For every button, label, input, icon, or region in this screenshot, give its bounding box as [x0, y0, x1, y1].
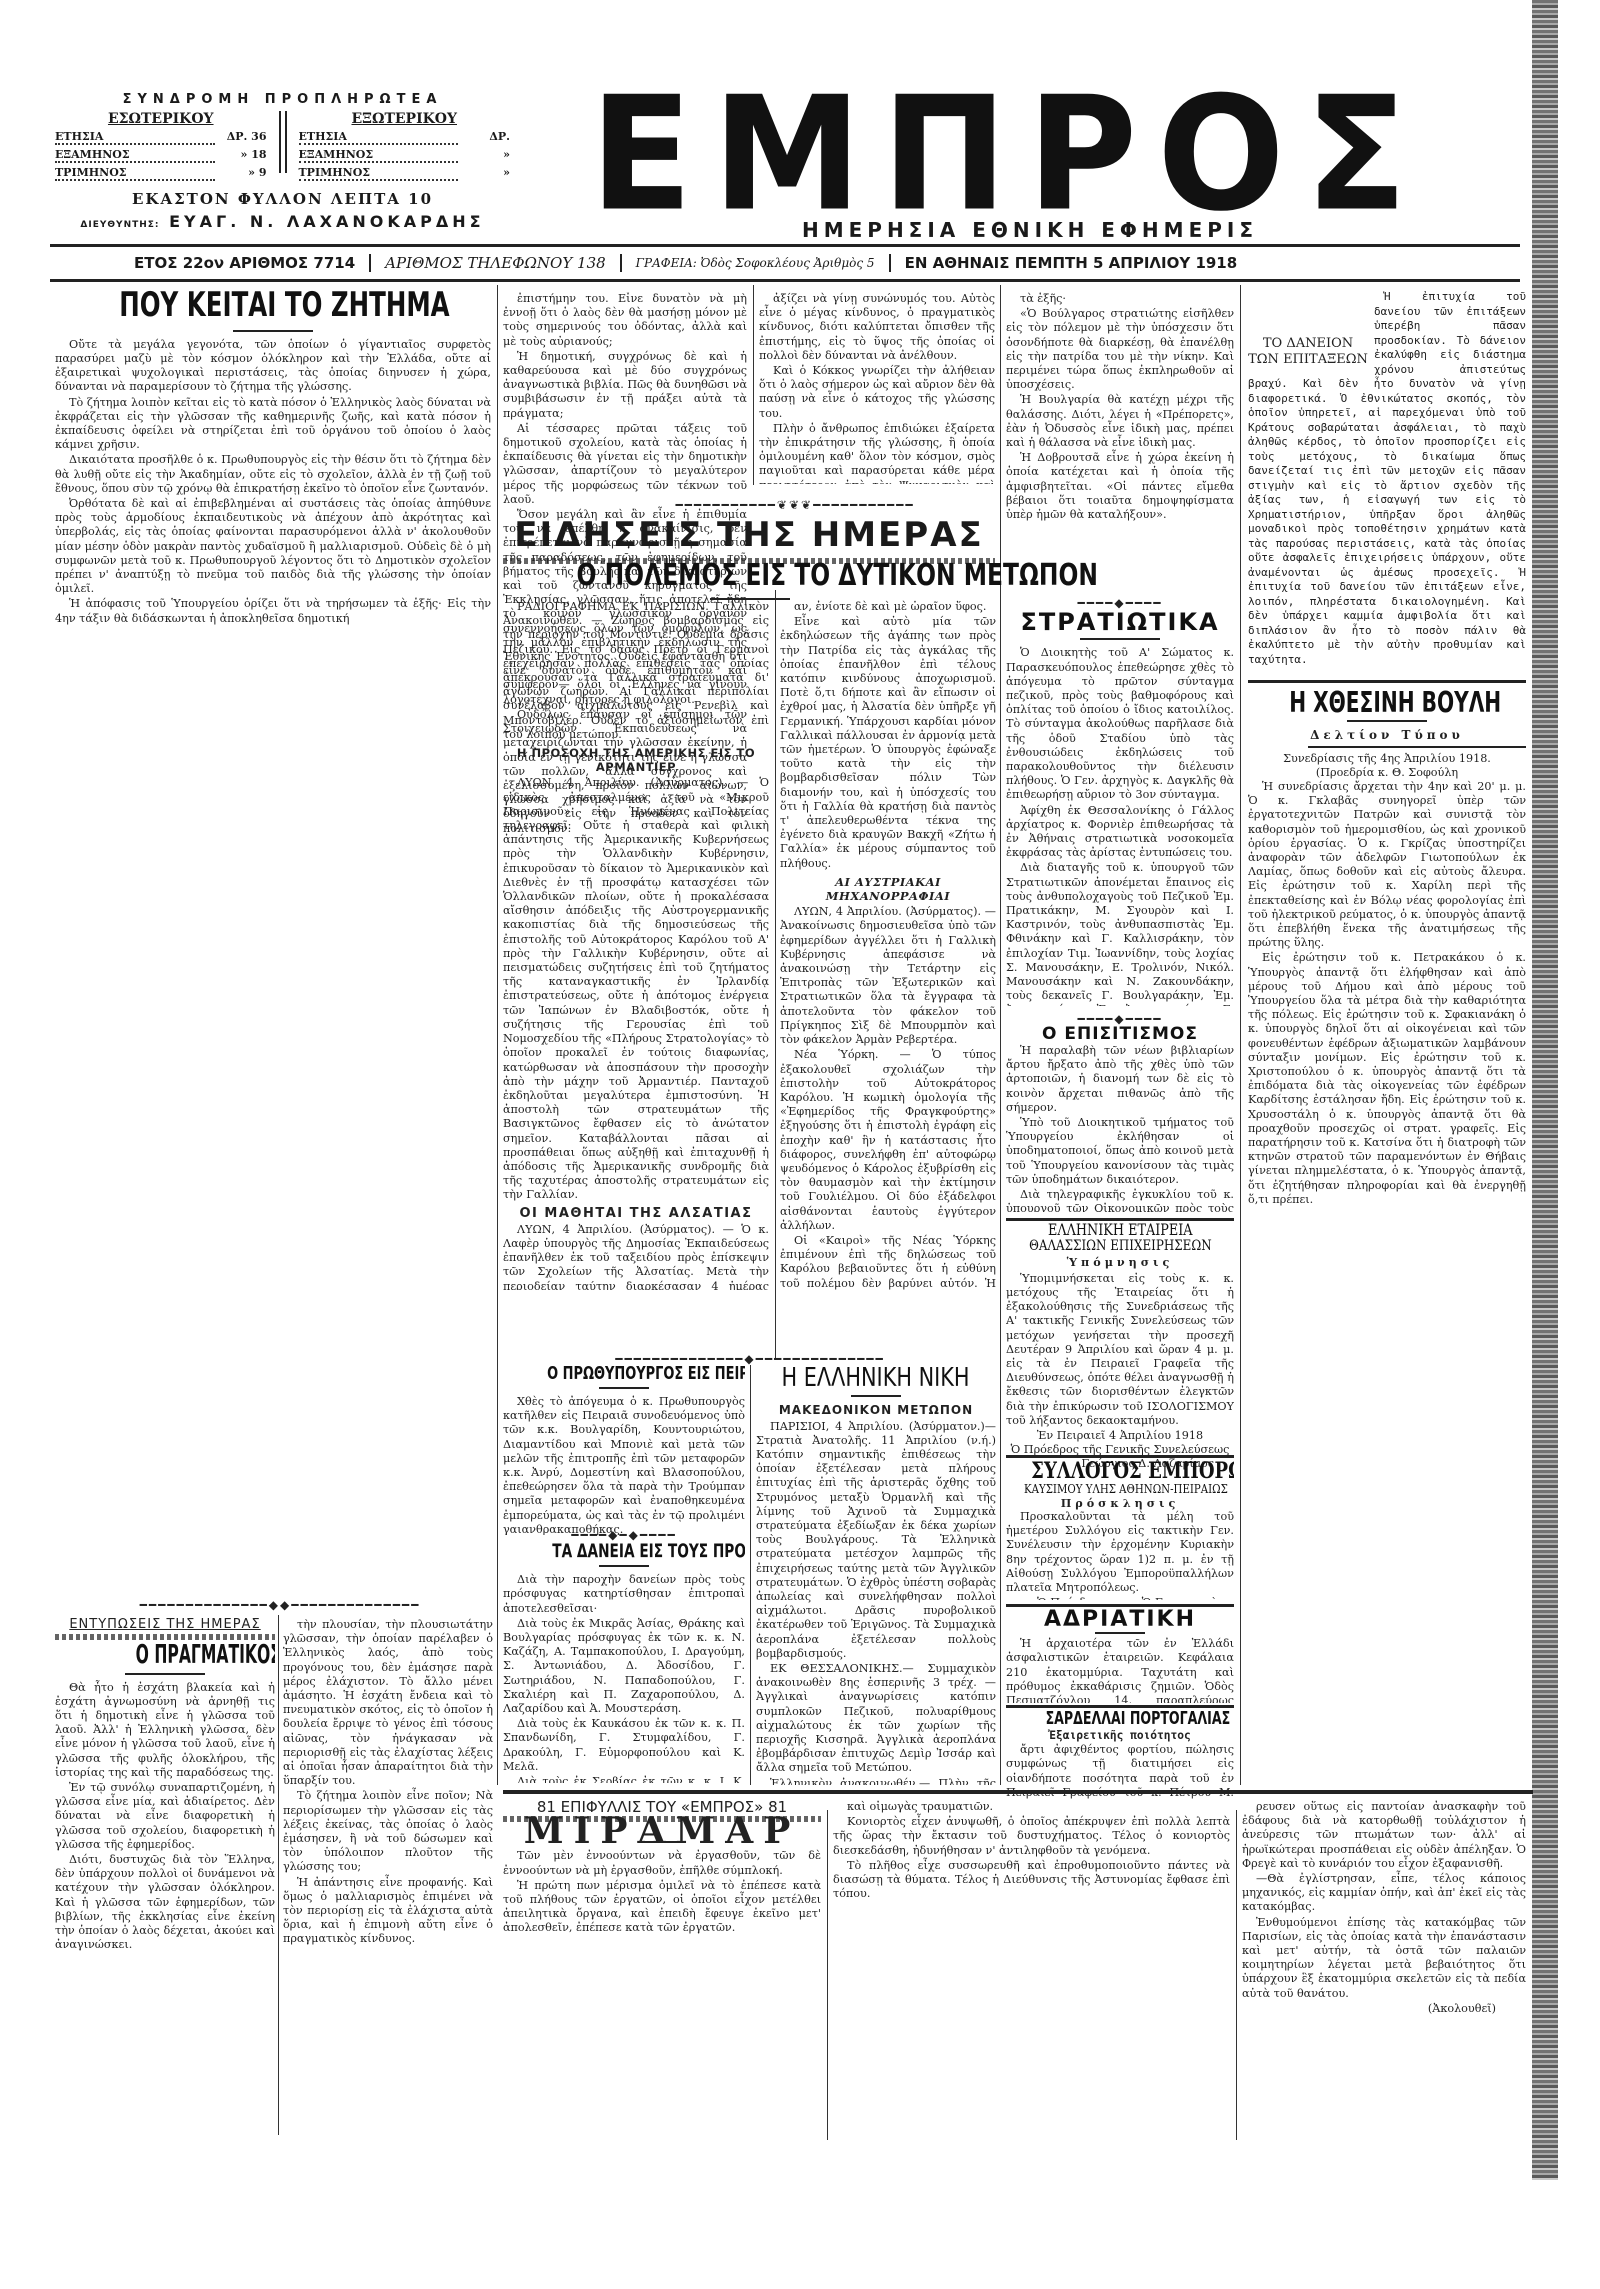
parliament-subtitle: Δελτίον Τύπου	[1248, 728, 1526, 742]
section-rule	[1006, 1455, 1234, 1458]
column-rule	[1236, 1810, 1237, 2140]
paragraph: Διὰ τηλεγραφικῆς ἐγκυκλίου τοῦ κ. ὑπουργ…	[1006, 1188, 1234, 1212]
subhead-america: Η ΠΡΟΣΟΧΗ ΤΗΣ ΑΜΕΡΙΚΗΣ ΕΙΣ ΤΟ ΑΡΜΑΝΤΙΕΡ	[503, 746, 769, 774]
western-front-headline-wrap: Ο ΠΟΛΕΜΟΣ ΕΙΣ ΤΟ ΔΥΤΙΚΟΝ ΜΕΤΩΠΟΝ	[503, 560, 995, 592]
column-rule	[827, 1810, 828, 2140]
rate-label: ΕΞΑΜΗΝΟΣ	[299, 148, 376, 161]
price-per-issue: ΕΚΑΣΤΟΝ ΦΥΛΛΟΝ ΛΕΠΤΑ 10	[55, 190, 510, 208]
greek-victory-article: Η ΕΛΛΗΝΙΚΗ ΝΙΚΗ ΜΑΚΕΔΟΝΙΚΟΝ ΜΕΤΩΠΟΝ ΠΑΡΙ…	[756, 1365, 996, 1785]
column-rule	[753, 285, 754, 485]
loan-editorial: ΤΟ ΔΑΝΕΙΟΝ ΤΩΝ ΕΠΙΤΑΞΕΩΝ Ἡ ἐπιτυχία τοῦ …	[1248, 290, 1526, 678]
paragraph: Διὰ διαταγῆς τοῦ κ. ὑπουργοῦ τῶν Στρατιω…	[1006, 861, 1234, 1006]
masthead-rule-top	[50, 244, 1520, 247]
section-rule	[1006, 1604, 1234, 1607]
bulgarian-soldier-article: τὰ ἑξῆς· «Ὁ Βούλγαρος στρατιώτης εἰσῆλθε…	[1006, 292, 1234, 592]
rate-label: ΕΤΗΣΙΑ	[299, 130, 349, 143]
paragraph: αν, ἐνίοτε δὲ καὶ μὲ ὡραῖον ὕφος.	[780, 600, 996, 614]
paragraph: Τὸ ζήτημα λοιπὸν εἶνε ποῖον; Νὰ περιορίσ…	[283, 1789, 493, 1874]
section-rule	[1006, 1218, 1234, 1221]
maritime-notice: ΕΛΛΗΝΙΚΗ ΕΤΑΙΡΕΙΑ ΘΑΛΑΣΣΙΩΝ ΕΠΙΧΕΙΡΗΣΕΩΝ…	[1006, 1222, 1234, 1492]
military-headline: ΣΤΡΑΤΙΩΤΙΚΑ	[1006, 610, 1234, 635]
offices-address: ΓΡΑΦΕΙΑ: Ὀδὸς Σοφοκλέους Ἀριθμὸς 5	[622, 256, 889, 270]
paragraph: Τὸ ζήτημα λοιπὸν κεῖται εἰς τὸ κατὰ πόσο…	[55, 396, 491, 453]
merchants-headline-2: ΚΑΥΣΙΜΟΥ ΥΛΗΣ ΑΘΗΝΩΝ-ΠΕΙΡΑΙΩΣ	[1024, 1483, 1228, 1496]
maritime-headline-2: ΘΑΛΑΣΣΙΩΝ ΕΠΙΧΕΙΡΗΣΕΩΝ	[1029, 1239, 1212, 1254]
subscription-block: ΣΥΝΔΡΟΜΗ ΠΡΟΠΛΗΡΩΤΕΑ ΕΣΩΤΕΡΙΚΟΥ ΕΤΗΣΙΑΔΡ…	[55, 92, 510, 231]
column-rule	[750, 1365, 751, 1785]
column-rule	[497, 285, 498, 1785]
merchants-headline-1: ΣΥΛΛΟΓΟΣ ΕΜΠΟΡΩΝ	[1031, 1460, 1234, 1483]
western-front-headline: Ο ΠΟΛΕΜΟΣ ΕΙΣ ΤΟ ΔΥΤΙΚΟΝ ΜΕΤΩΠΟΝ	[577, 560, 1098, 592]
newspaper-page: ΣΥΝΔΡΟΜΗ ΠΡΟΠΛΗΡΩΤΕΑ ΕΣΩΤΕΡΙΚΟΥ ΕΤΗΣΙΑΔΡ…	[0, 0, 1600, 2289]
column-rule	[1000, 285, 1001, 1785]
pm-piraeus-headline: Ο ΠΡΩΘΥΠΟΥΡΓΟΣ ΕΙΣ ΠΕΙΡΑΙΑ	[547, 1365, 745, 1384]
miramar-col1: 81 ΕΠΙΦΥΛΛΙΣ ΤΟΥ «ΕΜΠΡΟΣ» 81 ΜΙΡΑΜΑΡ Τῶν…	[503, 1800, 821, 2140]
ornament-divider: ━━━━━━━━━━━❦❦❦━━━━━━━━━━━	[600, 498, 990, 512]
paragraph: Νέα Ὑόρκη. — Ὁ τύπος ἐξακολουθεῖ σχολιάζ…	[780, 1048, 996, 1233]
paragraph: Προσκαλοῦνται τὰ μέλη τοῦ ἡμετέρου Συλλό…	[1006, 1510, 1234, 1595]
lead-article-col1: ΠΟΥ ΚΕΙΤΑΙ ΤΟ ΖΗΤΗΜΑ Οὔτε τὰ μεγάλα γεγο…	[55, 288, 491, 1588]
paragraph: Ἡ ἀπάντησις εἶνε προφανής. Καὶ ὅμως ὁ μα…	[283, 1876, 493, 1947]
maritime-headline-1: ΕΛΛΗΝΙΚΗ ΕΤΑΙΡΕΙΑ	[1048, 1222, 1192, 1239]
session-chair: (Προεδρία κ. Θ. Σοφούλη	[1248, 766, 1526, 780]
refugee-loans-headline: ΤΑ ΔΑΝΕΙΑ ΕΙΣ ΤΟΥΣ ΠΡΟΣΦΥΓΑΣ	[552, 1542, 745, 1562]
paragraph: Διότι, δυστυχῶς διὰ τὸν Ἕλληνα, δὲν ὑπάρ…	[55, 1853, 275, 1952]
impressions-col2: τὴν πλουσίαν, τὴν πλουσιωτάτην γλῶσσαν, …	[283, 1618, 493, 2138]
section-rule	[1006, 1705, 1234, 1708]
paragraph: Ἡ συνεδρίασις ἄρχεται τὴν 4ην καὶ 20' μ.…	[1248, 780, 1526, 950]
paragraph: ΛΥΩΝ, 4 Ἀπριλίου. (Ἀσύρματος). — Ὁ κ. Λα…	[503, 1223, 769, 1290]
merchants-signatures: Ὁ ΠρόεδροςΘεόδωρος Ζάκατας Ὁ ΓραμματεὺςΓ…	[1006, 1596, 1234, 1600]
paragraph: ΕΚ ΘΕΣΣΑΛΟΝΙΚΗΣ.— Συμμαχικὸν ἀνακοινωθὲν…	[756, 1662, 996, 1776]
issue-date: ΕΝ ΑΘΗΝΑΙΣ ΠΕΜΠΤΗ 5 ΑΠΡΙΛΙΟΥ 1918	[891, 254, 1252, 272]
paragraph: Αἱ τέσσαρες πρῶται τάξεις τοῦ δημοτικοῦ …	[503, 422, 747, 507]
paragraph: Διὰ τοὺς ἐκ Καυκάσου ἐκ τῶν κ. κ. Π. Σπα…	[503, 1717, 745, 1774]
subscription-foreign-title: ΕΞΩΤΕΡΙΚΟΥ	[299, 111, 511, 127]
paragraph: ΠΑΡΙΣΙΟΙ, 4 Ἀπριλίου. (Ἀσύρματον.)— Στρα…	[756, 1420, 996, 1661]
paragraph: Ἑλληνικὸν ἀνακοινωθέν.— Πλὴν τῆς συνήθου…	[756, 1777, 996, 1785]
sardines-headline: ΣΑΡΔΕΛΛΑΙ ΠΟΡΤΟΓΑΛΙΑΣ	[1046, 1710, 1231, 1729]
rate-value: ΔΡ. 36	[215, 130, 267, 148]
paragraph: Ἀφίχθη ἐκ Θεσσαλονίκης ὁ Γάλλος ἀρχίατρο…	[1006, 804, 1234, 861]
phone-number: ΑΡΙΘΜΟΣ ΤΗΛΕΦΩΝΟΥ 138	[371, 254, 620, 272]
paragraph: Οἱ «Καιροὶ» τῆς Νέας Ὑόρκης ἐπιμένουν ἐπ…	[780, 1234, 996, 1290]
subscription-foreign: ΕΞΩΤΕΡΙΚΟΥ ΕΤΗΣΙΑΔΡ. ΕΞΑΜΗΝΟΣ» ΤΡΙΜΗΝΟΣ»	[299, 111, 511, 184]
rate-value: ΔΡ.	[458, 130, 510, 148]
scanned-page-edge	[1532, 0, 1558, 2180]
year-issue: ΕΤΟΣ 22ον ΑΡΙΘΜΟΣ 7714	[120, 254, 369, 272]
paragraph: Ἡ παραλαβὴ τῶν νέων βιβλιαρίων ἄρτου ἤρξ…	[1006, 1044, 1234, 1115]
refugee-loans-article: ━━━━◆━◆━━━━ ΤΑ ΔΑΝΕΙΑ ΕΙΣ ΤΟΥΣ ΠΡΟΣΦΥΓΑΣ…	[503, 1528, 745, 1783]
paragraph: Διὰ τὴν παροχὴν δανείων πρὸς τοὺς πρόσφυ…	[503, 1573, 745, 1616]
lead-headline: ΠΟΥ ΚΕΙΤΑΙ ΤΟ ΖΗΤΗΜΑ	[119, 288, 449, 324]
paragraph: «Ὁ Βούλγαρος στρατιώτης εἰσῆλθεν εἰς τὸν…	[1006, 307, 1234, 392]
headline-underline	[233, 330, 313, 332]
pm-piraeus-article: Ο ΠΡΩΘΥΠΟΥΡΓΟΣ ΕΙΣ ΠΕΙΡΑΙΑ Χθὲς τὸ ἀπόγε…	[503, 1365, 745, 1535]
subscription-divider	[279, 111, 287, 173]
headline-underline	[851, 1395, 901, 1397]
adriatiki-advert: ΑΔΡΙΑΤΙΚΗ Ἡ ἀρχαιοτέρα τῶν ἐν Ἑλλάδι ἀσφ…	[1006, 1608, 1234, 1703]
wavy-rule	[503, 1816, 821, 1822]
director-name: ΕΥΑΓ. Ν. ΛΑΧΑΝΟΚΑΡΔΗΣ	[169, 212, 484, 231]
column-rule	[1240, 285, 1241, 1785]
subhead-austrian: ΑΙ ΑΥΣΤΡΙΑΚΑΙ ΜΗΧΑΝΟΡΡΑΦΙΑΙ	[780, 875, 996, 903]
rate-value: »	[458, 166, 510, 184]
paragraph: ἐπιστήμην του. Εἶνε δυνατὸν νὰ μὴ ἐννοῇ …	[503, 292, 747, 349]
newspaper-logo: ΕΜΠΡΟΣ	[590, 87, 1420, 224]
president-title: Ὁ Πρόεδρος	[1016, 1596, 1127, 1600]
sardines-subtitle: Ἐξαιρετικῆς ποιότητος	[1006, 1729, 1234, 1743]
headline-underline	[1095, 1632, 1145, 1634]
miramar-col2: καὶ οἰμωγὰς τραυματιῶν. Κονιορτὸς εἶχεν …	[833, 1800, 1230, 2140]
paragraph: Εἶνε καὶ αὐτὸ μία τῶν ἐκδηλώσεων τῆς ἀγά…	[780, 615, 996, 871]
loan-side-head: ΤΟ ΔΑΝΕΙΟΝ ΤΩΝ ΕΠΙΤΑΞΕΩΝ	[1248, 336, 1368, 368]
column-rule	[278, 1615, 279, 2135]
subhead-alsace: ΟΙ ΜΑΘΗΤΑΙ ΤΗΣ ΑΛΣΑΤΙΑΣ	[503, 1207, 769, 1221]
paragraph: Ἡ Δοβρουτσᾶ εἶνε ἡ χώρα ἐκείνη ἡ ὁποία κ…	[1006, 451, 1234, 522]
provisioning-headline: Ο ΕΠΙΣΙΤΙΣΜΟΣ	[1006, 1026, 1234, 1044]
impressions-kicker: ΕΝΤΥΠΩΣΕΙΣ ΤΗΣ ΗΜΕΡΑΣ	[55, 1618, 275, 1632]
parliament-headline: Η ΧΘΕΣΙΝΗ ΒΟΥΛΗ	[1289, 688, 1501, 717]
subscription-domestic: ΕΣΩΤΕΡΙΚΟΥ ΕΤΗΣΙΑΔΡ. 36 ΕΞΑΜΗΝΟΣ» 18 ΤΡΙ…	[55, 111, 267, 184]
paragraph: Ὑπομιμνήσκεται εἰς τοὺς κ. κ. μετόχους τ…	[1006, 1272, 1234, 1428]
miramar-col3: ρευσεν οὕτως εἰς παντοίαν ἀνασκαφὴν τοῦ …	[1242, 1800, 1526, 2170]
rate-label: ΤΡΙΜΗΝΟΣ	[299, 166, 373, 179]
section-rule	[1248, 680, 1526, 683]
merchants-notice: ΣΥΛΛΟΓΟΣ ΕΜΠΟΡΩΝ ΚΑΥΣΙΜΟΥ ΥΛΗΣ ΑΘΗΝΩΝ-ΠΕ…	[1006, 1460, 1234, 1600]
ornament-divider: ━━━━━━━━━━━━━━◆◆━━━━━━━━━━━━━━	[100, 1598, 460, 1612]
paragraph: Κονιορτὸς εἶχεν ἀνυψωθῆ, ὁ ὁποῖος ἀπέκρυ…	[833, 1815, 1230, 1858]
provisioning-article: ━━━━◆━━━━ Ο ΕΠΙΣΙΤΙΣΜΟΣ Ἡ παραλαβὴ τῶν ν…	[1006, 1012, 1234, 1212]
rate-value: » 9	[215, 166, 267, 184]
paragraph: ἀξίζει νὰ γίνῃ συνώνυμός του. Αὐτὸς εἶνε…	[759, 292, 995, 363]
subscription-title: ΣΥΝΔΡΟΜΗ ΠΡΟΠΛΗΡΩΤΕΑ	[55, 92, 510, 107]
paragraph: Χθὲς τὸ ἀπόγευμα ὁ κ. Πρωθυπουργὸς κατῆλ…	[503, 1395, 745, 1535]
paragraph: Καὶ ὁ Κόκκος γνωρίζει τὴν ἀλήθειαν ὅτι ὁ…	[759, 364, 995, 421]
secretary-title: Ὁ Γραμματεὺς	[1142, 1596, 1224, 1600]
ornament-divider: ━━━━━━━━━━━━━━◆━━━━━━━━━━━━━━	[560, 1352, 940, 1366]
paragraph: Θὰ ἦτο ἡ ἐσχάτη βλακεία καὶ ἡ ἐσχάτη ἀγν…	[55, 1681, 275, 1780]
headline-underline	[599, 1565, 649, 1567]
feuilleton-rule	[503, 1790, 1533, 1794]
maritime-notice-title: Ὑπόμνησις	[1006, 1255, 1234, 1269]
paragraph: Ἡ πρώτη πων μέρισμα ὁμιλεῖ νὰ τὸ ἐπέπεσε…	[503, 1879, 821, 1936]
paragraph: Ἡ ἀρχαιοτέρα τῶν ἐν Ἑλλάδι ἀσφαλιστικῶν …	[1006, 1637, 1234, 1703]
headline-underline	[125, 1673, 205, 1675]
paragraph: Ἡ δημοτική, συγχρόνως δὲ καὶ ἡ καθαρεύου…	[503, 350, 747, 421]
maritime-place-date: Ἐν Πειραιεῖ 4 Ἀπριλίου 1918	[1006, 1429, 1234, 1443]
merchants-notice-title: Πρόσκλησις	[1006, 1496, 1234, 1510]
paragraph: ΛΥΩΝ, 4 Ἀπριλίου. (Ἀσύρματος). — Ἀνακοίν…	[780, 905, 996, 1047]
paragraph: Ὀρθότατα δὲ καὶ αἱ ἐπιβεβλημέναι αἱ συστ…	[55, 497, 491, 596]
rate-value: »	[458, 148, 510, 166]
paragraph: Διὰ τοὺς ἐκ Σερβίας ἐκ τῶν κ. κ. Ι. Κ. Γ…	[503, 1775, 745, 1783]
paragraph: Ἐνθυμούμενοι ἐπίσης τὰς κατακόμβας τῶν Π…	[1242, 1916, 1526, 2001]
paragraph: Δικαιότατα προσῆλθε ὁ κ. Πρωθυπουργὸς εἰ…	[55, 453, 491, 496]
news-of-the-day-banner: ΕΙΔΗΣΕΙΣ ΤΗΣ ΗΜΕΡΑΣ	[503, 515, 995, 555]
lead-article-col3: ἀξίζει νὰ γίνῃ συνώνυμός του. Αὐτὸς εἶνε…	[759, 292, 995, 484]
paragraph: Ὑπὸ τοῦ Διοικητικοῦ τμήματος τοῦ Ὑπουργε…	[1006, 1116, 1234, 1187]
paragraph: τὰ ἑξῆς·	[1006, 292, 1234, 306]
rate-label: ΕΤΗΣΙΑ	[55, 130, 105, 143]
military-article: ━━━━◆━━━━ ΣΤΡΑΤΙΩΤΙΚΑ Ὁ Διοικητὴς τοῦ Α'…	[1006, 596, 1234, 1006]
paragraph: Τὸ πλῆθος εἶχε συσσωρευθῆ καὶ ἐπροθυμοπο…	[833, 1859, 1230, 1902]
paragraph: καὶ οἰμωγὰς τραυματιῶν.	[833, 1800, 1230, 1814]
miramar-title: ΜΙΡΑΜΑΡ	[503, 1824, 821, 1838]
headline-underline	[1080, 638, 1160, 640]
paragraph: ΡΑΔΙΟΓΡΑΦΗΜΑ ΕΚ ΠΑΡΙΣΙΩΝ. Γαλλικὸν Ἀνακο…	[503, 600, 769, 742]
paragraph: ΛΥΩΝ, 4 Ἀπριλίου. (Ἀσύρματος). — Ὁ εἰδικ…	[503, 776, 769, 1202]
subtitle-rule	[1308, 746, 1526, 748]
western-front-col2: αν, ἐνίοτε δὲ καὶ μὲ ὡραῖον ὕφος. Εἶνε κ…	[780, 600, 996, 1290]
continues-note: (Ἀκολουθεῖ)	[1242, 2002, 1526, 2016]
paragraph: Ἡ ἀπόφασις τοῦ Ὑπουργείου ὁρίζει ὅτι νὰ …	[55, 597, 491, 625]
director-line: ΔΙΕΥΘΥΝΤΗΣ: ΕΥΑΓ. Ν. ΛΑΧΑΝΟΚΑΡΔΗΣ	[55, 212, 510, 231]
paragraph: Οὔτε τὰ μεγάλα γεγονότα, τῶν ὁποίων ὁ γί…	[55, 338, 491, 395]
macedonian-front-subhead: ΜΑΚΕΔΟΝΙΚΟΝ ΜΕΤΩΠΟΝ	[756, 1403, 996, 1417]
paragraph: Τῶν μὲν ἐννοούντων νὰ ἐργασθοῦν, τῶν δὲ …	[503, 1849, 821, 1877]
impressions-headline: Ο ΠΡΑΓΜΑΤΙΚΟΣ ΚΙΝΔΥΝΟΣ	[136, 1642, 275, 1669]
subscription-domestic-title: ΕΣΩΤΕΡΙΚΟΥ	[55, 111, 267, 127]
parliament-article: Η ΧΘΕΣΙΝΗ ΒΟΥΛΗ Δελτίον Τύπου Συνεδρίασι…	[1248, 688, 1526, 1783]
masthead-rule-bottom	[50, 279, 1520, 282]
western-front-col1: ΡΑΔΙΟΓΡΑΦΗΜΑ ΕΚ ΠΑΡΙΣΙΩΝ. Γαλλικὸν Ἀνακο…	[503, 600, 769, 1290]
adriatiki-headline: ΑΔΡΙΑΤΙΚΗ	[1006, 1608, 1234, 1631]
paragraph: Διὰ τοὺς ἐκ Μικρᾶς Ἀσίας, Θράκης καὶ Βου…	[503, 1617, 745, 1716]
greek-victory-headline: Η ΕΛΛΗΝΙΚΗ ΝΙΚΗ	[782, 1365, 970, 1392]
paragraph: Πλὴν ὁ ἄνθρωπος ἐπιδιώκει ἐξαίρετα τὴν ἐ…	[759, 422, 995, 484]
paragraph: —Θὰ ἐγλίστρησαν, εἶπε, τέλος κάποιος μηχ…	[1242, 1872, 1526, 1915]
paragraph: τὴν πλουσίαν, τὴν πλουσιωτάτην γλῶσσαν, …	[283, 1618, 493, 1788]
paragraph: Ὁ Διοικητὴς τοῦ Α' Σώματος κ. Παρασκευόπ…	[1006, 646, 1234, 802]
director-label: ΔΙΕΥΘΥΝΤΗΣ:	[80, 220, 159, 230]
impressions-col1: ΕΝΤΥΠΩΣΕΙΣ ΤΗΣ ΗΜΕΡΑΣ Ο ΠΡΑΓΜΑΤΙΚΟΣ ΚΙΝΔ…	[55, 1618, 275, 2138]
rate-label: ΕΞΑΜΗΝΟΣ	[55, 148, 132, 161]
dateline-bar: ΕΤΟΣ 22ον ΑΡΙΘΜΟΣ 7714 ΑΡΙΘΜΟΣ ΤΗΛΕΦΩΝΟΥ…	[50, 250, 1520, 276]
column-rule	[775, 590, 776, 1360]
paragraph: Ἐν τῷ συνόλῳ συναπαρτιζομένη, ἡ γλῶσσα ε…	[55, 1781, 275, 1852]
sardines-advert: ΣΑΡΔΕΛΛΑΙ ΠΟΡΤΟΓΑΛΙΑΣ Ἐξαιρετικῆς ποιότη…	[1006, 1710, 1234, 1800]
rate-value: » 18	[215, 148, 267, 166]
newspaper-tagline: ΗΜΕΡΗΣΙΑ ΕΘΝΙΚΗ ΕΦΗΜΕΡΙΣ	[650, 218, 1410, 242]
headline-underline	[1347, 720, 1427, 722]
session-date: Συνεδρίασις τῆς 4ης Ἀπριλίου 1918.	[1248, 752, 1526, 766]
headline-underline	[599, 1387, 649, 1389]
paragraph: Εἰς ἐρώτησιν τοῦ κ. Πετρακάκου ὁ κ. Ὑπου…	[1248, 951, 1526, 1207]
paragraph: Ἡ Βουλγαρία θὰ κατέχῃ μέχρι τῆς θαλάσσης…	[1006, 393, 1234, 450]
paragraph: ρευσεν οὕτως εἰς παντοίαν ἀνασκαφὴν τοῦ …	[1242, 1800, 1526, 1871]
rate-label: ΤΡΙΜΗΝΟΣ	[55, 166, 129, 179]
